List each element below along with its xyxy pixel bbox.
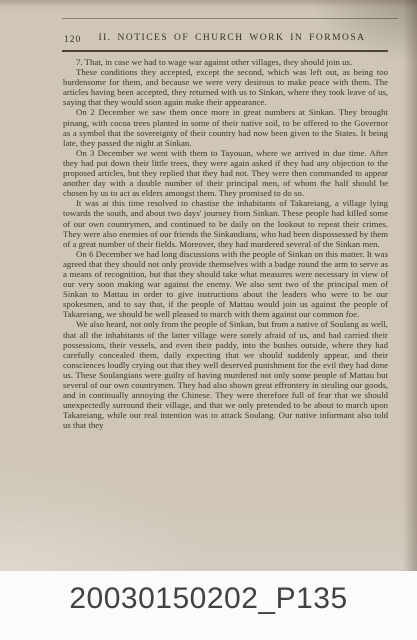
scanned-book-page-view: 120 II. NOTICES OF CHURCH WORK IN FORMOS… <box>0 0 417 640</box>
scan-shadow-right <box>403 0 417 571</box>
scan-id-label: 20030150202_P135 <box>0 584 417 614</box>
running-header: 120 II. NOTICES OF CHURCH WORK IN FORMOS… <box>63 33 387 49</box>
header-rule <box>62 50 388 52</box>
scan-shadow-top <box>0 0 417 7</box>
header-top-rule <box>62 18 398 19</box>
body-paragraph: On 6 December we had long discussions wi… <box>63 249 388 320</box>
body-paragraph: 7. That, in case we had to wage war agai… <box>63 57 388 67</box>
body-paragraph: On 3 December we went with them to Tayou… <box>63 148 388 198</box>
body-paragraph: These conditions they accepted, except t… <box>63 67 388 107</box>
body-paragraph: We also heard, not only from the people … <box>63 319 388 430</box>
body-paragraph: It was at this time resolved to chastise… <box>63 198 388 248</box>
running-title: II. NOTICES OF CHURCH WORK IN FORMOSA <box>63 33 387 43</box>
body-paragraph: On 2 December we saw them once more in g… <box>63 107 388 147</box>
page-body: 7. That, in case we had to wage war agai… <box>63 57 388 430</box>
scan-id-strip: 20030150202_P135 <box>0 571 417 640</box>
book-page: 120 II. NOTICES OF CHURCH WORK IN FORMOS… <box>0 0 417 571</box>
page-number: 120 <box>64 35 81 45</box>
